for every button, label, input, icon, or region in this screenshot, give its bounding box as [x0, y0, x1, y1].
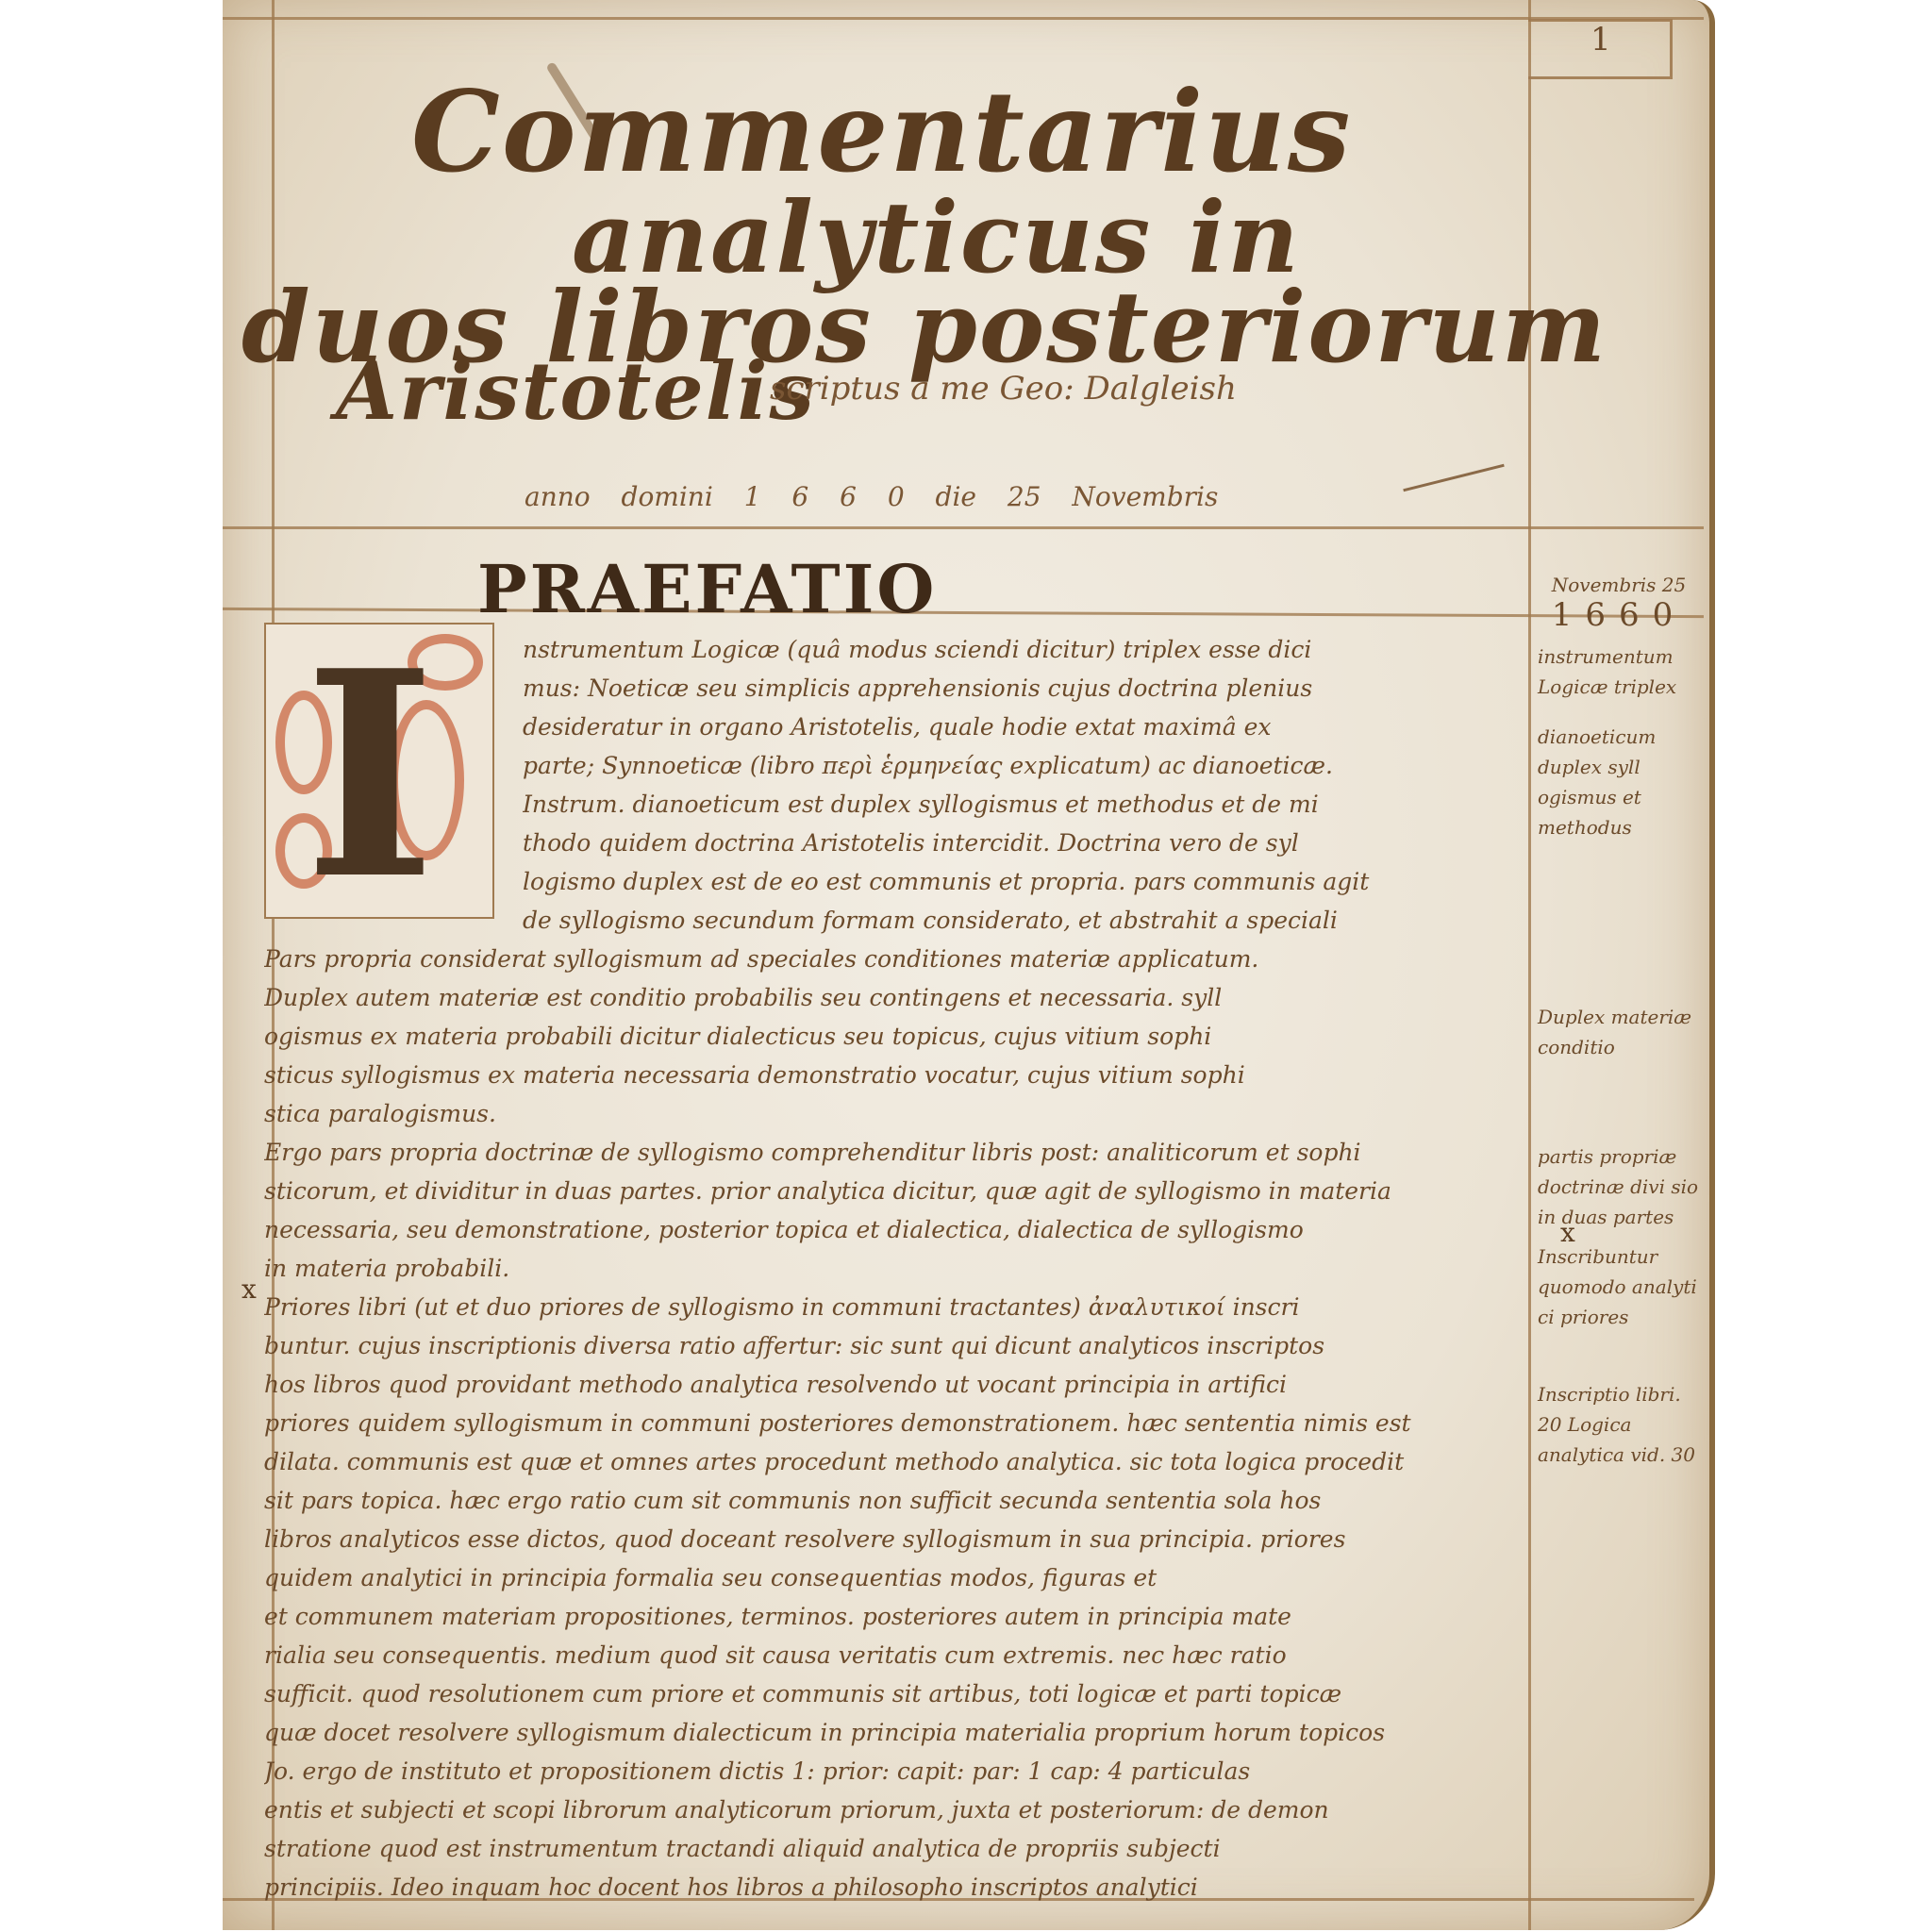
text-line: buntur. cujus inscriptionis diversa rati… [264, 1326, 1523, 1365]
body-text-indented: nstrumentum Logicæ (quâ modus sciendi di… [523, 630, 1523, 940]
margin-date-year: 1660 [1539, 596, 1699, 634]
body-text-full: Pars propria considerat syllogismum ad s… [264, 940, 1523, 1907]
text-line: ogismus ex materia probabili dicitur dia… [264, 1017, 1523, 1056]
text-line: in materia probabili. [264, 1249, 1523, 1288]
pen-flourish [1403, 464, 1504, 492]
section-heading: PRAEFATIO [477, 550, 937, 628]
margin-date-day: Novembris 25 [1539, 574, 1699, 596]
text-line: priores quidem syllogismum in communi po… [264, 1404, 1523, 1442]
top-rule [223, 17, 1704, 20]
margin-date: Novembris 25 1660 [1539, 574, 1699, 634]
text-line: stica paralogismus. [264, 1094, 1523, 1133]
text-line: logismo duplex est de eo est communis et… [523, 862, 1523, 901]
margin-note: instrumentum Logicæ triplex [1538, 641, 1704, 702]
right-margin-x-mark: x [1560, 1217, 1575, 1248]
left-margin-x-mark: x [241, 1274, 257, 1305]
margin-note: dianoeticum duplex syll ogismus et metho… [1538, 722, 1704, 842]
initial-letter: I [304, 634, 436, 917]
text-line: Jo. ergo de instituto et propositionem d… [264, 1752, 1523, 1790]
margin-note: Inscriptio libri. 20 Logica analytica vi… [1538, 1379, 1704, 1470]
page-number: 1 [1591, 21, 1611, 58]
decorated-initial: I [264, 623, 494, 919]
manuscript-page: 1 Commentarius analyticus in duos libros… [223, 0, 1715, 1930]
text-line: sticus syllogismus ex materia necessaria… [264, 1056, 1523, 1094]
text-line: Priores libri (ut et duo priores de syll… [264, 1288, 1523, 1326]
text-line: necessaria, seu demonstratione, posterio… [264, 1210, 1523, 1249]
text-line: sticorum, et dividitur in duas partes. p… [264, 1172, 1523, 1210]
text-line: rialia seu consequentis. medium quod sit… [264, 1636, 1523, 1674]
text-line: de syllogismo secundum formam considerat… [523, 901, 1523, 940]
margin-note: Inscribuntur quomodo analyti ci priores [1538, 1241, 1704, 1332]
text-line: principiis. Ideo inquam hoc docent hos l… [264, 1868, 1523, 1907]
text-line: Ergo pars propria doctrinæ de syllogismo… [264, 1133, 1523, 1172]
text-line: stratione quod est instrumentum tractand… [264, 1829, 1523, 1868]
title-line-1: Commentarius [411, 66, 1352, 197]
author-attribution: scriptus a me Geo: Dalgleish [770, 370, 1237, 408]
text-line: sufficit. quod resolutionem cum priore e… [264, 1674, 1523, 1713]
text-line: quidem analytici in principia formalia s… [264, 1558, 1523, 1597]
text-line: mus: Noeticæ seu simplicis apprehensioni… [523, 669, 1523, 708]
text-line: parte; Synnoeticæ (libro περὶ ἑρμηνείας … [523, 746, 1523, 785]
text-line: Duplex autem materiæ est conditio probab… [264, 978, 1523, 1017]
margin-note: Duplex materiæ conditio [1538, 1002, 1704, 1062]
title-block-rule [223, 526, 1704, 529]
date-line: anno domini 1 6 6 0 die 25 Novembris [525, 481, 1218, 512]
text-line: dilata. communis est quæ et omnes artes … [264, 1442, 1523, 1481]
text-line: et communem materiam propositiones, term… [264, 1597, 1523, 1636]
title-line-4: Aristotelis [336, 344, 816, 438]
text-line: desideratur in organo Aristotelis, quale… [523, 708, 1523, 746]
text-line: thodo quidem doctrina Aristotelis interc… [523, 824, 1523, 862]
text-line: sit pars topica. hæc ergo ratio cum sit … [264, 1481, 1523, 1520]
text-line: hos libros quod providant methodo analyt… [264, 1365, 1523, 1404]
text-line: nstrumentum Logicæ (quâ modus sciendi di… [523, 630, 1523, 669]
text-line: Instrum. dianoeticum est duplex syllogis… [523, 785, 1523, 824]
text-line: quæ docet resolvere syllogismum dialecti… [264, 1713, 1523, 1752]
text-line: Pars propria considerat syllogismum ad s… [264, 940, 1523, 978]
text-line: libros analyticos esse dictos, quod doce… [264, 1520, 1523, 1558]
heading-rule [223, 608, 1704, 618]
text-line: entis et subjecti et scopi librorum anal… [264, 1790, 1523, 1829]
